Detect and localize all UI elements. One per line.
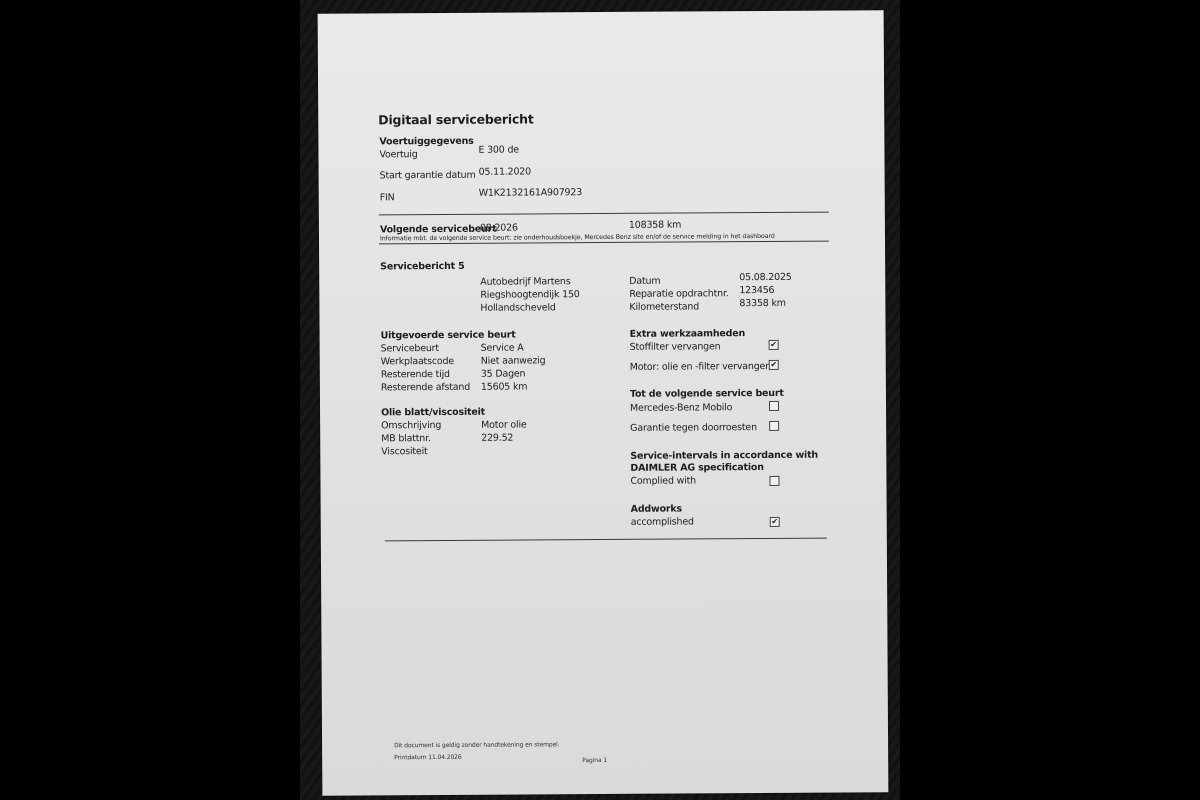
service-type-value: Service A [481,342,524,353]
extra-work-heading: Extra werkzaamheden [630,328,746,340]
vehicle-heading: Voertuiggegevens [379,136,473,148]
date-value: 05.08.2025 [739,272,791,283]
rust-warranty-label: Garantie tegen doorroesten [630,422,757,434]
extra-work-label: Motor: olie en -filter vervangen [630,361,771,373]
date-label: Datum [629,276,660,287]
next-service-date: 08.2026 [480,223,518,234]
accomplished-label: accomplished [631,516,694,527]
mb-sheet-label: MB blattnr. [381,433,431,444]
intervals-heading-line1: Service-intervals in accordance with [630,450,818,462]
mileage-value: 83358 km [739,298,785,309]
complied-label: Complied with [630,475,696,486]
viscosity-label: Viscositeit [381,446,427,457]
rust-warranty-checkbox[interactable] [769,421,779,431]
oil-description-label: Omschrijving [381,420,441,431]
fin-label: FIN [380,192,395,203]
validity-note: Dit document is geldig zonder handtekeni… [394,741,559,749]
remaining-time-value: 35 Dagen [481,368,526,379]
warranty-start-value: 05.11.2020 [479,166,531,177]
oil-filter-checkbox[interactable]: ✔ [769,360,779,370]
mobilo-checkbox[interactable] [769,401,779,411]
until-next-heading: Tot de volgende service beurt [630,388,784,400]
divider [385,538,827,542]
remaining-distance-value: 15605 km [481,381,527,392]
workshop-code-label: Werkplaatscode [381,356,454,367]
page-number: Pagina 1 [582,757,607,764]
next-service-km: 108358 km [629,220,681,231]
complied-checkbox[interactable] [769,476,779,486]
mileage-label: Kilometerstand [629,301,699,312]
service-type-label: Servicebeurt [381,343,439,354]
remaining-time-label: Resterende tijd [381,369,450,380]
accomplished-checkbox[interactable]: ✔ [770,517,780,527]
extra-work-label: Stoffilter vervangen [630,341,721,353]
fin-value: W1K2132161A907923 [479,187,582,199]
dealer-street: Riegshoogtendijk 150 [480,289,579,301]
divider [379,212,829,216]
mobilo-label: Mercedes-Benz Mobilo [630,402,732,414]
addworks-heading: Addworks [631,504,682,515]
remaining-distance-label: Resterende afstand [381,382,470,394]
intervals-heading-line2: DAIMLER AG specification [630,462,763,474]
vehicle-value: E 300 de [478,145,519,156]
order-number-label: Reparatie opdrachtnr. [629,288,728,300]
workshop-code-value: Niet aanwezig [481,355,546,366]
service-report-heading: Servicebericht 5 [380,261,464,273]
oil-heading: Olie blatt/viscositeit [381,407,485,419]
performed-heading: Uitgevoerde service beurt [381,330,516,342]
print-date: Printdatum 11.04.2026 [394,754,461,761]
stoffilter-checkbox[interactable]: ✔ [769,340,779,350]
dealer-city: Hollandscheveld [480,302,555,313]
oil-description-value: Motor olie [481,419,526,430]
service-document-page: Digitaal servicebericht Voertuiggegevens… [318,10,889,795]
document-title: Digitaal servicebericht [378,111,533,127]
order-number-value: 123456 [739,285,774,296]
dealer-name: Autobedrijf Martens [480,276,570,288]
warranty-start-label: Start garantie datum [380,170,476,182]
mb-sheet-value: 229.52 [481,433,513,444]
vehicle-label: Voertuig [379,149,417,160]
